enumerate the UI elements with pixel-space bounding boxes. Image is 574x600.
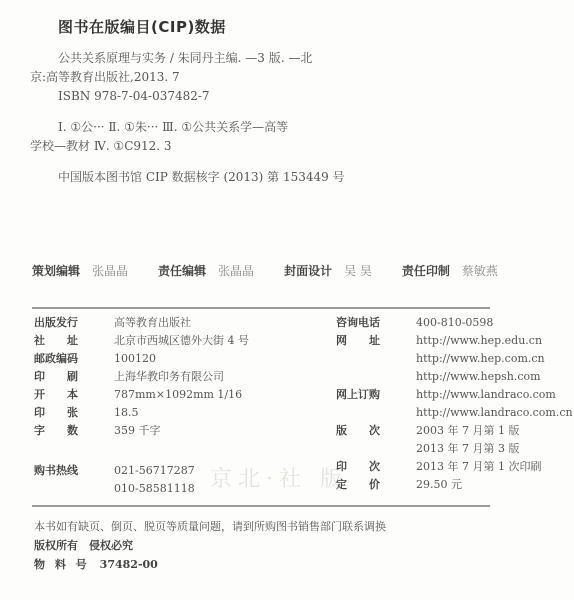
info-row: http://www.landraco.com.cn — [336, 404, 573, 422]
website-link: http://www.hep.edu.cn — [416, 332, 542, 350]
credit-value: 吴 昊 — [344, 262, 372, 279]
info-label: 字 数 — [34, 422, 94, 440]
info-value: 北京市西城区德外大街 4 号 — [114, 332, 249, 350]
info-value: 2003 年 7 月第 1 版 — [416, 422, 519, 440]
info-value: 18.5 — [114, 404, 139, 422]
info-row: 咨询电话400-810-0598 — [336, 314, 573, 332]
footer: 本书如有缺页、倒页、脱页等质量问题，请到所购图书销售部门联系调换 版权所有 侵权… — [34, 517, 386, 574]
info-label — [34, 480, 94, 498]
divider-bottom — [32, 505, 490, 507]
info-row: 邮政编码100120 — [34, 350, 249, 368]
material-number: 物 料 号37482-00 — [34, 555, 386, 574]
divider-top — [32, 307, 490, 309]
info-spacer — [34, 440, 249, 462]
publication-info-right: 咨询电话400-810-0598 网 址http://www.hep.edu.c… — [336, 314, 573, 494]
info-value: 359 千字 — [114, 422, 161, 440]
info-label: 咨询电话 — [336, 314, 396, 332]
credit-value: 张晶晶 — [218, 262, 254, 279]
quality-notice: 本书如有缺页、倒页、脱页等质量问题，请到所购图书销售部门联系调换 — [34, 517, 386, 536]
info-row: 印 张18.5 — [34, 404, 249, 422]
website-link: http://www.hepsh.com — [416, 368, 541, 386]
info-row: 出版发行高等教育出版社 — [34, 314, 249, 332]
cip-title: 图书在版编目(CIP)数据 — [58, 16, 226, 37]
credit-label: 封面设计 — [284, 262, 332, 279]
copyright-notice: 版权所有 侵权必究 — [34, 536, 386, 555]
info-value: 100120 — [114, 350, 156, 368]
info-label: 印 次 — [336, 458, 396, 476]
info-label: 印 张 — [34, 404, 94, 422]
material-label: 物 料 号 — [34, 558, 90, 571]
info-row: 网上订购http://www.landraco.com — [336, 386, 573, 404]
cip-line-2: 京:高等教育出版社,2013. 7 — [30, 68, 180, 87]
info-row: 版 次2003 年 7 月第 1 版 — [336, 422, 573, 440]
cip-classification-2: 学校—教材 Ⅳ. ①C912. 3 — [30, 137, 172, 156]
info-row: 010-58581118 — [34, 480, 249, 498]
info-label: 定 价 — [336, 476, 396, 494]
info-value: 2013 年 7 月第 3 版 — [416, 440, 519, 458]
credit-planning-editor: 策划编辑 张晶晶 — [32, 262, 128, 279]
info-row: 网 址http://www.hep.edu.cn — [336, 332, 573, 350]
info-row: 购书热线021-56717287 — [34, 462, 249, 480]
info-row: http://www.hep.com.cn — [336, 350, 573, 368]
info-value: 787mm×1092mm 1/16 — [114, 386, 242, 404]
website-link: http://www.landraco.com — [416, 386, 556, 404]
credit-responsible-editor: 责任编辑 张晶晶 — [158, 262, 254, 279]
info-label: 网上订购 — [336, 386, 396, 404]
info-row: 2013 年 7 月第 3 版 — [336, 440, 573, 458]
info-row: 社 址北京市西城区德外大街 4 号 — [34, 332, 249, 350]
info-value: 2013 年 7 月第 1 次印刷 — [416, 458, 541, 476]
credit-print-supervisor: 责任印制 蔡敏燕 — [402, 262, 498, 279]
info-row: http://www.hepsh.com — [336, 368, 573, 386]
info-label: 网 址 — [336, 332, 396, 350]
info-label — [336, 404, 396, 422]
cip-line-1: 公共关系原理与实务 / 朱同丹主编. —3 版. —北 — [58, 49, 312, 68]
info-label: 出版发行 — [34, 314, 94, 332]
credit-label: 策划编辑 — [32, 262, 80, 279]
cip-isbn: ISBN 978-7-04-037482-7 — [58, 87, 210, 106]
website-link: http://www.hep.com.cn — [416, 350, 545, 368]
info-row: 开 本787mm×1092mm 1/16 — [34, 386, 249, 404]
info-value: 29.50 元 — [416, 476, 462, 494]
info-value: 400-810-0598 — [416, 314, 493, 332]
info-label: 印 刷 — [34, 368, 94, 386]
credit-value: 张晶晶 — [92, 262, 128, 279]
info-label — [336, 368, 396, 386]
info-label: 社 址 — [34, 332, 94, 350]
info-label — [336, 350, 396, 368]
info-row: 字 数359 千字 — [34, 422, 249, 440]
credit-label: 责任编辑 — [158, 262, 206, 279]
material-value: 37482-00 — [100, 558, 158, 571]
credits-row: 策划编辑 张晶晶 责任编辑 张晶晶 封面设计 吴 昊 责任印制 蔡敏燕 — [32, 262, 528, 279]
info-value: 010-58581118 — [114, 480, 195, 498]
cip-classification-1: Ⅰ. ①公··· Ⅱ. ①朱··· Ⅲ. ①公共关系学—高等 — [58, 118, 288, 137]
cip-approval-number: 中国版本图书馆 CIP 数据核字 (2013) 第 153449 号 — [58, 168, 345, 187]
info-row: 印 次2013 年 7 月第 1 次印刷 — [336, 458, 573, 476]
credit-value: 蔡敏燕 — [462, 262, 498, 279]
info-label: 邮政编码 — [34, 350, 94, 368]
credit-label: 责任印制 — [402, 262, 450, 279]
info-row: 定 价29.50 元 — [336, 476, 573, 494]
info-row: 印 刷上海华教印务有限公司 — [34, 368, 249, 386]
website-link: http://www.landraco.com.cn — [416, 404, 573, 422]
info-label: 购书热线 — [34, 462, 94, 480]
info-value: 上海华教印务有限公司 — [114, 368, 224, 386]
info-label: 开 本 — [34, 386, 94, 404]
info-label: 版 次 — [336, 422, 396, 440]
info-label — [336, 440, 396, 458]
info-value: 高等教育出版社 — [114, 314, 191, 332]
publication-info-left: 出版发行高等教育出版社 社 址北京市西城区德外大街 4 号 邮政编码100120… — [34, 314, 249, 498]
credit-cover-design: 封面设计 吴 昊 — [284, 262, 372, 279]
info-value: 021-56717287 — [114, 462, 195, 480]
